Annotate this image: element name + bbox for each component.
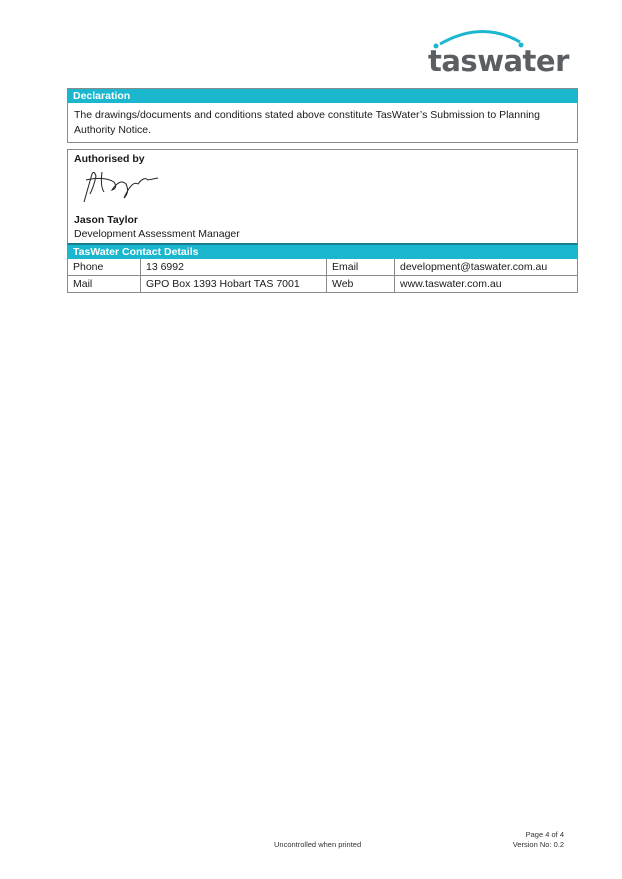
footer-page-info: Page 4 of 4 Version No: 0.2 — [513, 830, 564, 850]
authoriser-title: Development Assessment Manager — [74, 228, 240, 240]
mail-label: Mail — [68, 276, 141, 293]
authoriser-name: Jason Taylor — [74, 214, 138, 226]
contact-section: TasWater Contact Details Phone 13 6992 E… — [67, 243, 578, 293]
email-label: Email — [327, 259, 395, 276]
page-number: Page 4 of 4 — [513, 830, 564, 840]
table-row: Mail GPO Box 1393 Hobart TAS 7001 Web ww… — [68, 276, 577, 293]
version-number: Version No: 0.2 — [513, 840, 564, 850]
taswater-logo: taswater — [424, 24, 554, 76]
authorised-label: Authorised by — [74, 153, 145, 165]
footer-uncontrolled: Uncontrolled when printed — [274, 840, 361, 849]
contact-table: Phone 13 6992 Email development@taswater… — [68, 259, 577, 293]
authorised-section: Authorised by Jason Taylor Development A… — [67, 149, 578, 244]
contact-header: TasWater Contact Details — [68, 245, 577, 259]
table-row: Phone 13 6992 Email development@taswater… — [68, 259, 577, 276]
web-label: Web — [327, 276, 395, 293]
signature-icon — [74, 168, 164, 204]
declaration-header: Declaration — [68, 89, 577, 103]
logo-text: taswater — [428, 44, 569, 78]
declaration-text: The drawings/documents and conditions st… — [68, 103, 577, 143]
phone-label: Phone — [68, 259, 141, 276]
web-value[interactable]: www.taswater.com.au — [395, 276, 578, 293]
mail-value: GPO Box 1393 Hobart TAS 7001 — [141, 276, 327, 293]
phone-value: 13 6992 — [141, 259, 327, 276]
email-value[interactable]: development@taswater.com.au — [395, 259, 578, 276]
declaration-section: Declaration The drawings/documents and c… — [67, 88, 578, 143]
